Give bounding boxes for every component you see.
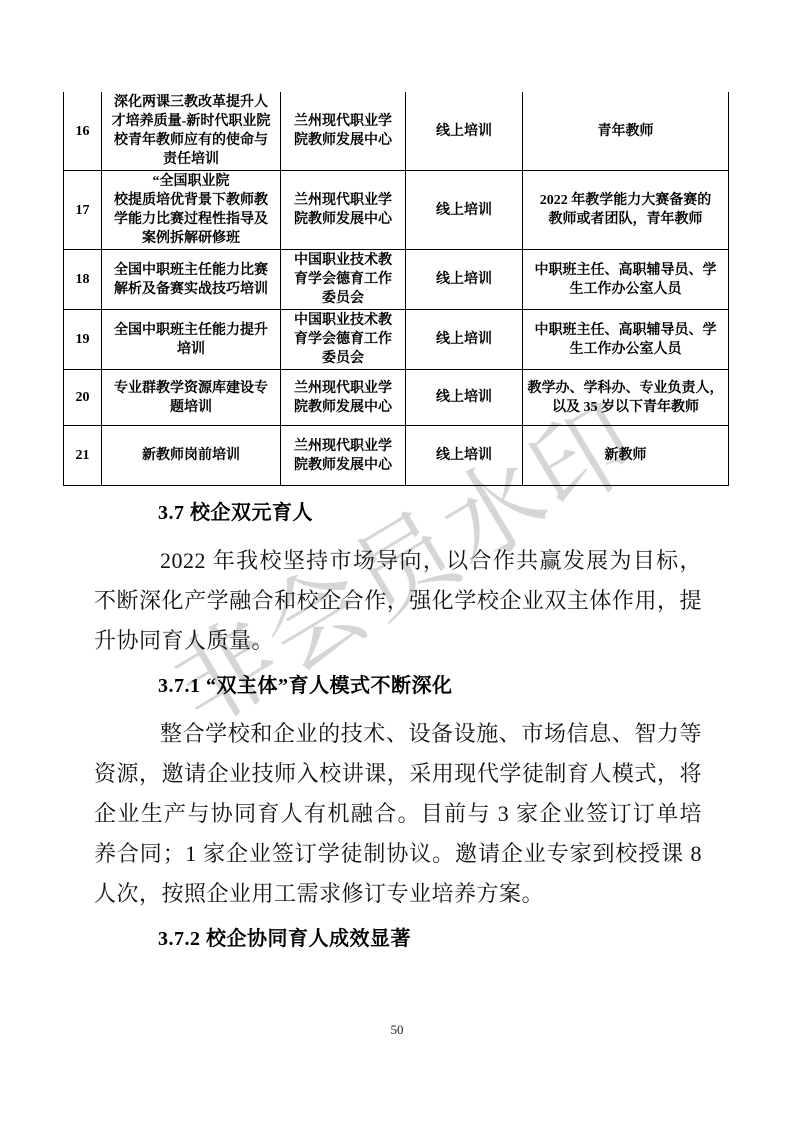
organizer-cell: 兰州现代职业学 院教师发展中心 — [281, 92, 406, 171]
section-heading-3-7-1: 3.7.1 “双主体”育人模式不断深化 — [158, 674, 702, 698]
organizer-cell: 中国职业技术教 育学会德育工作 委员会 — [281, 250, 406, 310]
body-content: 3.7 校企双元育人 2022 年我校坚持市场导向，以合作共赢发展为目标，不断深… — [94, 501, 702, 951]
training-name-cell: “全国职业院 校提质培优背景下教师教 学能力比赛过程性指导及 案例拆解研修班 — [102, 171, 281, 250]
organizer-cell: 兰州现代职业学 院教师发展中心 — [281, 426, 406, 486]
audience-cell: 青年教师 — [523, 92, 729, 171]
audience-cell: 2022 年教学能力大赛备赛的 教师或者团队，青年教师 — [523, 171, 729, 250]
audience-cell: 教学办、学科办、专业负责人， 以及 35 岁以下青年教师 — [523, 370, 729, 426]
training-mode-cell: 线上培训 — [406, 171, 523, 250]
training-table-body: 16 深化两课三教改革提升人 才培养质量-新时代职业院 校青年教师应有的使命与 … — [64, 92, 729, 486]
table-row: 17 “全国职业院 校提质培优背景下教师教 学能力比赛过程性指导及 案例拆解研修… — [64, 171, 729, 250]
organizer-cell: 兰州现代职业学 院教师发展中心 — [281, 171, 406, 250]
paragraph-3-7-1-body: 整合学校和企业的技术、设备设施、市场信息、智力等资源，邀请企业技师入校讲课，采用… — [94, 714, 702, 914]
training-mode-cell: 线上培训 — [406, 250, 523, 310]
row-number-cell: 19 — [64, 310, 102, 370]
training-name-cell: 新教师岗前培训 — [102, 426, 281, 486]
organizer-cell: 兰州现代职业学 院教师发展中心 — [281, 370, 406, 426]
training-name-cell: 深化两课三教改革提升人 才培养质量-新时代职业院 校青年教师应有的使命与 责任培… — [102, 92, 281, 171]
audience-cell: 中职班主任、高职辅导员、学 生工作办公室人员 — [523, 310, 729, 370]
document-page: 非会员水印 16 深化两课三教改革提升人 才培养质量-新时代职业院 校青年教师应… — [0, 0, 794, 1123]
training-name-cell: 全国中职班主任能力比赛 解析及备赛实战技巧培训 — [102, 250, 281, 310]
audience-cell: 中职班主任、高职辅导员、学 生工作办公室人员 — [523, 250, 729, 310]
table-row: 21 新教师岗前培训 兰州现代职业学 院教师发展中心 线上培训 新教师 — [64, 426, 729, 486]
training-name-cell: 全国中职班主任能力提升 培训 — [102, 310, 281, 370]
table-row: 20 专业群教学资源库建设专 题培训 兰州现代职业学 院教师发展中心 线上培训 … — [64, 370, 729, 426]
page-number: 50 — [0, 1022, 794, 1038]
table-row: 18 全国中职班主任能力比赛 解析及备赛实战技巧培训 中国职业技术教 育学会德育… — [64, 250, 729, 310]
row-number-cell: 21 — [64, 426, 102, 486]
section-heading-3-7-2: 3.7.2 校企协同育人成效显著 — [158, 927, 702, 951]
table-row: 19 全国中职班主任能力提升 培训 中国职业技术教 育学会德育工作 委员会 线上… — [64, 310, 729, 370]
training-mode-cell: 线上培训 — [406, 92, 523, 171]
training-name-cell: 专业群教学资源库建设专 题培训 — [102, 370, 281, 426]
row-number-cell: 20 — [64, 370, 102, 426]
section-heading-3-7: 3.7 校企双元育人 — [158, 501, 702, 525]
training-table: 16 深化两课三教改革提升人 才培养质量-新时代职业院 校青年教师应有的使命与 … — [63, 92, 729, 486]
audience-cell: 新教师 — [523, 426, 729, 486]
row-number-cell: 16 — [64, 92, 102, 171]
training-mode-cell: 线上培训 — [406, 426, 523, 486]
paragraph-3-7-intro: 2022 年我校坚持市场导向，以合作共赢发展为目标，不断深化产学融合和校企合作，… — [94, 541, 702, 661]
row-number-cell: 18 — [64, 250, 102, 310]
training-mode-cell: 线上培训 — [406, 370, 523, 426]
organizer-cell: 中国职业技术教 育学会德育工作 委员会 — [281, 310, 406, 370]
row-number-cell: 17 — [64, 171, 102, 250]
table-row: 16 深化两课三教改革提升人 才培养质量-新时代职业院 校青年教师应有的使命与 … — [64, 92, 729, 171]
training-mode-cell: 线上培训 — [406, 310, 523, 370]
